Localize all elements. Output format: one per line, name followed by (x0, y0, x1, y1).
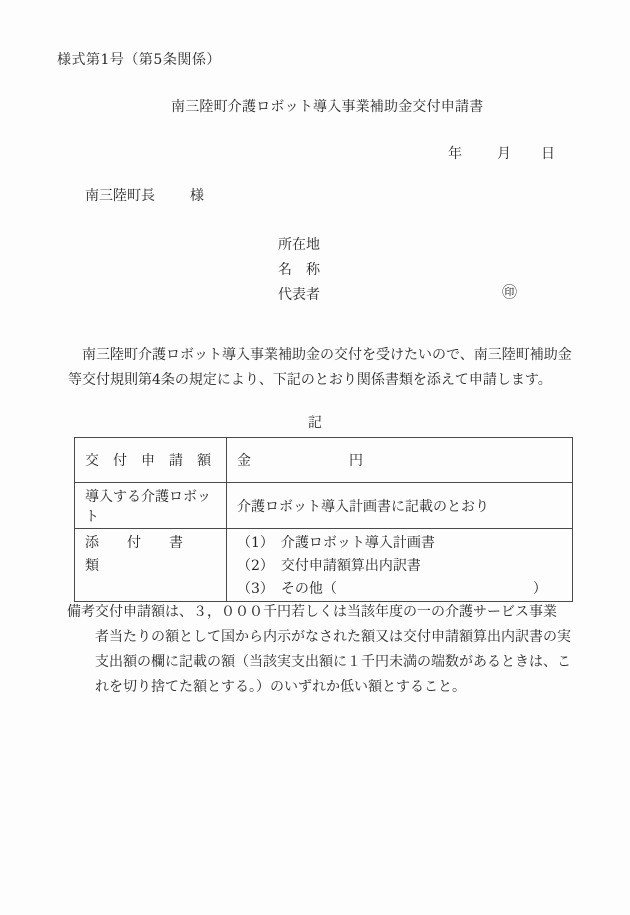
robot-value: 介護ロボット導入計画書に記載のとおり (227, 483, 573, 529)
grant-amount-value: 金 円 (227, 438, 573, 483)
form-number: 様式第1号（第5条関係） (57, 49, 221, 69)
attachment-item: （2） 交付申請額算出内訳書 (237, 555, 564, 578)
table-row-attachments: 添 付 書 類 （1） 介護ロボット導入計画書 （2） 交付申請額算出内訳書 （… (75, 529, 573, 602)
application-table: 交 付 申 請 額 金 円 導入する介護ロボット 介護ロボット導入計画書に記載の… (74, 437, 573, 602)
remarks-label: 備考 (67, 600, 95, 700)
attachments-list: （1） 介護ロボット導入計画書 （2） 交付申請額算出内訳書 （3） その他（ … (227, 529, 573, 602)
addressee-honorific: 様 (190, 188, 204, 204)
table-row-grant-amount: 交 付 申 請 額 金 円 (75, 438, 573, 483)
applicant-name-label: 名 称 (278, 258, 320, 283)
addressee-name: 南三陸町長 (85, 188, 155, 204)
attachment-item: （1） 介護ロボット導入計画書 (237, 532, 564, 555)
applicant-address-label: 所在地 (278, 233, 320, 258)
applicant-block: 所在地 名 称 代表者 (278, 233, 320, 308)
remarks-line: れを切り捨てた額とする。）のいずれか低い額とすること。 (95, 675, 573, 700)
body-paragraph: 南三陸町介護ロボット導入事業補助金の交付を受けたいので、南三陸町補助金 等交付規… (68, 343, 580, 393)
addressee-line: 南三陸町長様 (85, 185, 204, 205)
document-page: 様式第1号（第5条関係） 南三陸町介護ロボット導入事業補助金交付申請書 年月日 … (0, 0, 630, 915)
attachment-item: （3） その他（ ） (237, 578, 564, 601)
month-label: 月 (497, 146, 511, 162)
body-line: 南三陸町介護ロボット導入事業補助金の交付を受けたいので、南三陸町補助金 (68, 343, 580, 368)
remarks-line: 者当たりの額として国から内示がなされた額又は交付申請額算出内訳書の実 (95, 625, 573, 650)
body-line: 等交付規則第4条の規定により、下記のとおり関係書類を添えて申請します。 (68, 368, 580, 393)
attachments-label: 添 付 書 類 (75, 529, 227, 602)
day-label: 日 (541, 146, 555, 162)
remarks-line: 交付申請額は、３，０００千円若しくは当該年度の一の介護サービス事業 (95, 600, 573, 625)
year-label: 年 (448, 146, 462, 162)
table-row-robot: 導入する介護ロボット 介護ロボット導入計画書に記載のとおり (75, 483, 573, 529)
record-marker: 記 (0, 412, 630, 432)
seal-mark-icon: ㊞ (502, 281, 517, 302)
applicant-representative-label: 代表者 (278, 283, 320, 308)
date-line: 年月日 (448, 143, 555, 163)
remarks-block: 備考 交付申請額は、３，０００千円若しくは当該年度の一の介護サービス事業 者当た… (67, 600, 573, 700)
grant-amount-label: 交 付 申 請 額 (75, 438, 227, 483)
remarks-text: 交付申請額は、３，０００千円若しくは当該年度の一の介護サービス事業 者当たりの額… (95, 600, 573, 700)
remarks-line: 支出額の欄に記載の額（当該実支出額に１千円未満の端数があるときは、こ (95, 650, 573, 675)
document-title: 南三陸町介護ロボット導入事業補助金交付申請書 (171, 96, 483, 116)
robot-label: 導入する介護ロボット (75, 483, 227, 529)
